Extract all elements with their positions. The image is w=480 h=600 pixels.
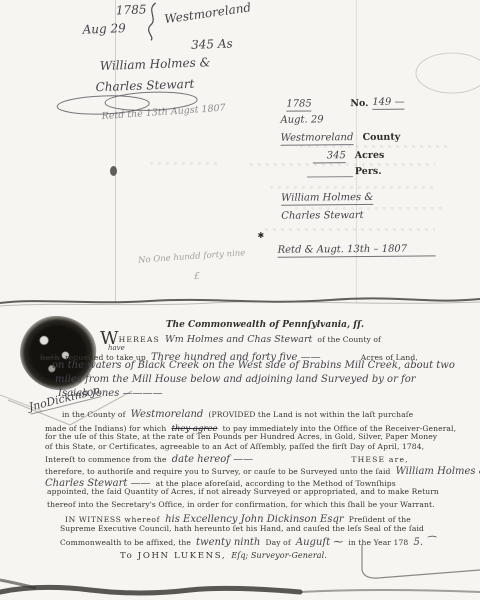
docket-year: 1785 [116, 2, 147, 17]
docket-county: Westmoreland [164, 0, 252, 26]
scanned-land-warrant-document: 1785 Aug 29 Westmoreland 345 As William … [0, 0, 480, 600]
warrant-acres: 345 [313, 150, 346, 163]
warrant-county: Westmoreland [281, 132, 354, 146]
docket-name-1: William Holmes & [100, 55, 211, 73]
warrant-name-1: William Holmes & [281, 192, 373, 206]
star-mark: ✱ [257, 231, 264, 240]
body-line-county: in the County of Westmoreland (PROVIDED … [62, 407, 413, 420]
faint-pound-mark: £ [194, 272, 200, 282]
right-docket: 1785 No. 149 — Augt. 29 Westmoreland Cou… [254, 97, 475, 269]
pers-label: Pers. [355, 166, 382, 177]
these-are-text: THESE are, [351, 455, 408, 464]
of-county-text: of the County of [317, 335, 381, 344]
warrant-date: Augt. 29 [280, 114, 323, 125]
horizontal-fold-crease [0, 294, 480, 310]
faint-number-note: No One hundd forty nine [138, 248, 246, 265]
body-line-rate: for the uſe of this State, at the rate o… [45, 432, 437, 442]
body-line-appointed: appointed, the ſaid Quantity of Acres, i… [47, 487, 439, 497]
body-line-council: Supreme Executive Council, hath hereunto… [60, 524, 424, 534]
acres-label: Acres [355, 150, 385, 161]
top-left-docket: 1785 Aug 29 Westmoreland 345 As William … [0, 0, 262, 144]
in-county-text: in the County of [62, 410, 126, 419]
whereas-word: HEREAS [119, 335, 160, 344]
brace-flourish [144, 1, 163, 42]
bleed-through-mark [150, 162, 220, 165]
blank-entry-line [307, 168, 353, 177]
location-line-1: on the waters of Black Creek on the West… [52, 361, 455, 371]
pen-flourish-top-right [412, 48, 480, 98]
docket-date: Aug 29 [82, 21, 126, 36]
interest-text: Intereſt to commence from the [45, 455, 167, 464]
therefore-text: therefore, to authoriſe and require you … [45, 467, 390, 476]
names-insert: Wm Holmes and Chas Stewart [165, 334, 312, 345]
returned-1807-note: Retd & Augt. 13th – 1807 [278, 243, 436, 257]
ink-smudge [110, 166, 117, 176]
location-line-2: miles from the Mill House below and adjo… [55, 375, 416, 385]
warrant-year: 1785 [286, 98, 312, 111]
grantee-1-insert: William Holmes & [396, 466, 480, 477]
location-line-3: Isaiah Jones ———— [58, 389, 163, 399]
in-witness-text: IN WITNESS whereof [65, 515, 160, 524]
number-label: No. [350, 98, 368, 109]
warrant-number: 149 — [372, 97, 404, 110]
paper-edge-artifacts [0, 540, 480, 600]
body-line-thereof: thereof into the Secretary's Office, in … [47, 500, 435, 510]
docket-acres: 345 As [191, 36, 233, 51]
body-line-act: of this State, or Certificates, agreeabl… [45, 442, 424, 452]
county-label: County [363, 132, 401, 143]
provided-text: (PROVIDED the Land is not within the laſ… [208, 410, 413, 419]
warrant-name-2: Charles Stewart [281, 210, 363, 222]
president-text: Preſident of the [349, 515, 411, 524]
document-title: The Commonwealth of Pennſylvania, ſſ. [60, 320, 470, 330]
body-line-whereas: WHEREAS Wm Holmes and Chas Stewart of th… [100, 332, 381, 345]
